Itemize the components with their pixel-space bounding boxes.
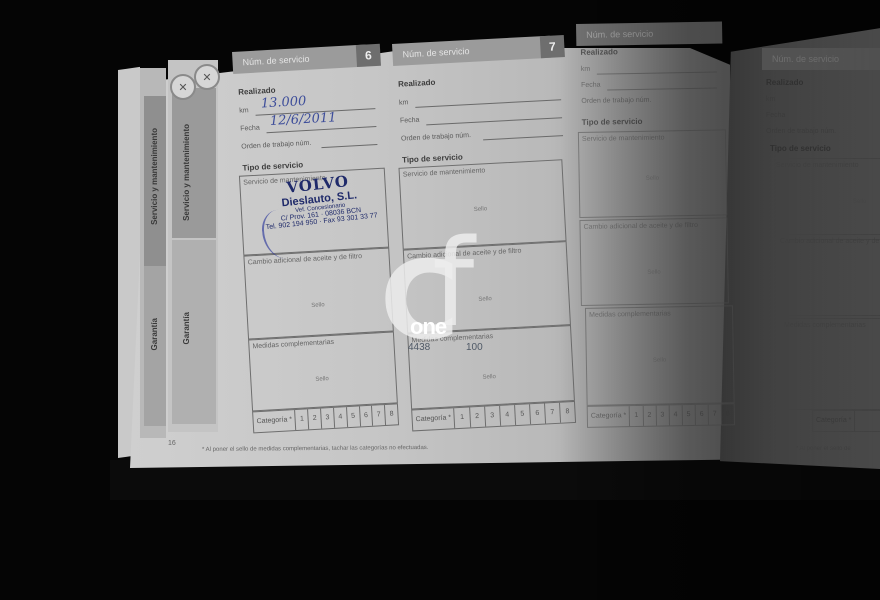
wrench-icon: ✕ [170,74,196,100]
categoria-cell: 1 [855,411,880,431]
side-tabs: Servicio y mantenimiento Servicio y mant… [140,68,220,448]
box-title: Medidas complementarias [784,321,866,330]
page-number: 16 [168,440,176,447]
categoria-label: Categoría * [588,406,631,427]
orden-field-line [321,144,377,148]
realizado-label: Realizado [580,47,617,57]
fecha-label: Fecha [240,125,260,133]
categoria-cell: 1 [455,407,471,428]
watermark-code-left: 4438 [408,342,430,353]
footnote-right-page: * Al poner el sello de [796,446,851,452]
inner-tab-label-warranty: Garantía [182,312,191,344]
orden-label: Orden de trabajo núm. [581,97,651,105]
categoria-cell: 6 [530,403,546,424]
tipo-label: Tipo de servicio [582,117,643,127]
photo-scene: Servicio y mantenimiento Servicio y mant… [0,0,880,600]
categoria-label: Categoría * [253,410,296,432]
orden-label: Orden de trabajo núm. [766,128,836,135]
inner-tab-warranty-section [172,240,216,424]
box-title: Servicio de mantenimiento [403,166,486,179]
categoria-cell: 4 [669,405,682,425]
watermark-logo: C f one 4438 100 [380,238,510,368]
sello-label: Sello [653,357,666,363]
categoria-cell: 3 [321,408,335,429]
categoria-cell: 3 [656,405,669,425]
box-title: Servicio de mantenimiento [582,133,665,143]
fecha-label: Fecha [766,112,785,119]
categoria-cell: 5 [515,404,531,425]
box-oil-change: Cambio adicional de aceite y de filtro [776,234,880,316]
box-title: Cambio adicional de aceite y de filtro [583,221,698,232]
card-header: Núm. de servicio [392,36,551,66]
categoria-cell: 8 [560,402,575,423]
watermark-code-right: 100 [466,342,483,353]
box-complementary: Medidas complementarias [780,318,880,410]
categoria-cell: 6 [695,405,708,425]
km-label: km [399,99,409,106]
categoria-cell: 2 [643,406,656,426]
box-title: Cambio adicional de aceite y de filtro [780,237,880,246]
km-label: km [766,96,775,103]
categoria-cell: 2 [470,407,486,428]
sello-label: Sello [482,374,496,381]
box-maintenance: Servicio de mantenimiento Sello [772,158,880,240]
box-complementary: Medidas complementarias Sello [585,305,735,406]
categoria-label: Categoría * [412,408,455,430]
outer-tab-label-service: Servicio y mantenimiento [150,128,159,225]
orden-field-line [483,135,563,140]
sello-label: Sello [853,199,866,205]
categoria-cell: 8 [722,404,734,424]
fecha-field-line [607,88,717,91]
categoria-label: Categoría * [813,411,855,431]
orden-label: Orden de trabajo núm. [241,140,311,151]
categoria-cell: 7 [709,405,722,425]
service-card-right-page: Núm. de servicio Realizado km Fecha Orde… [762,48,880,438]
box-title: Medidas complementarias [252,338,334,352]
categoria-row: Categoría * 1 [812,410,880,432]
box-title: Medidas complementarias [589,309,671,319]
km-label: km [581,66,590,73]
wrench-icon: ✕ [194,64,220,90]
box-title: Servicio de mantenimiento [776,161,859,170]
service-card-8: Núm. de servicio Realizado km Fecha Orde… [576,21,733,434]
card-header: Núm. de servicio [762,48,880,70]
realizado-label: Realizado [766,78,803,87]
categoria-cell: 5 [347,406,361,427]
fecha-label: Fecha [581,82,601,89]
box-oil-change: Cambio adicional de aceite y de filtro S… [579,217,728,306]
box-oil-change: Cambio adicional de aceite y de filtro S… [243,248,393,340]
tipo-label: Tipo de servicio [770,144,831,153]
card-header: Núm. de servicio [232,45,367,74]
watermark-word: one [410,314,446,340]
fecha-label: Fecha [400,117,420,125]
categoria-cell: 6 [360,406,374,427]
categoria-cell: 2 [308,409,322,430]
categoria-cell: 7 [372,405,386,426]
box-maintenance: Servicio de mantenimiento Sello [398,159,566,249]
categoria-cell: 7 [545,403,561,424]
service-card-7: Núm. de servicio 7 Realizado km Fecha Or… [392,35,584,431]
fecha-handwritten-value: 12/6/2011 [270,110,337,129]
card-header: Núm. de servicio [576,21,722,46]
tipo-label: Tipo de servicio [402,152,463,164]
service-number: 6 [356,44,381,67]
km-handwritten-value: 13.000 [261,94,307,112]
km-field-line [597,72,717,75]
categoria-row: Categoría * 1 2 3 4 5 6 7 8 [587,403,735,428]
categoria-cell: 5 [682,405,695,425]
categoria-cell: 8 [385,404,398,425]
sello-label: Sello [315,376,329,383]
fecha-field-line [426,117,562,125]
orden-label: Orden de trabajo núm. [401,132,471,143]
sello-label: Sello [474,206,488,213]
tipo-label: Tipo de servicio [242,160,303,172]
realizado-label: Realizado [398,78,436,89]
inner-tab-service-section [172,88,216,238]
categoria-cell: 4 [500,405,516,426]
categoria-cell: 3 [485,406,501,427]
box-complementary: Medidas complementarias Sello [248,331,398,411]
sello-label: Sello [647,270,660,276]
categoria-cell: 4 [334,407,348,428]
inner-tab-label-service: Servicio y mantenimiento [182,124,191,221]
box-maintenance: Servicio de mantenimiento Sello [578,129,727,218]
categoria-cell: 1 [296,409,310,430]
service-card-6: Núm. de servicio 6 Realizado km 13.000 F… [232,44,401,432]
km-field-line [415,99,561,108]
km-label: km [239,107,249,115]
sello-label: Sello [311,302,325,309]
outer-tab-label-warranty: Garantía [150,318,159,350]
sello-label: Sello [646,176,659,182]
service-number: 7 [540,35,565,58]
categoria-cell: 1 [630,406,643,426]
